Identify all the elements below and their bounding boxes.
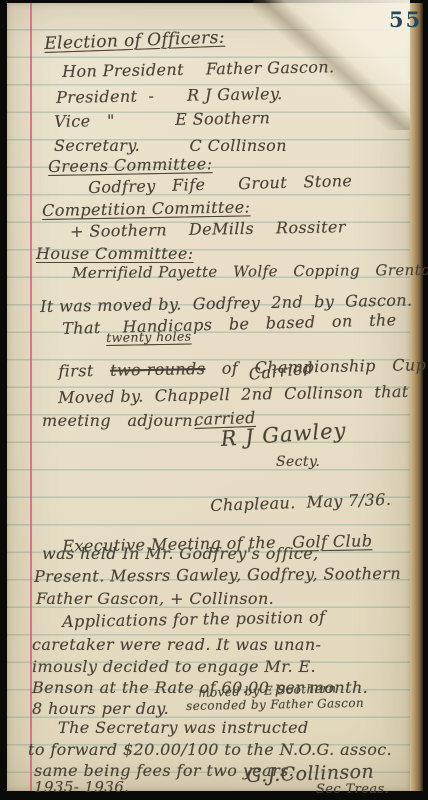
minutes-line: was held In Mr. Godfrey's office, [42, 546, 319, 563]
officer-row-vice-president: Vice " E Soothern [54, 110, 270, 131]
motion-text-start: first [58, 361, 110, 381]
page-number: 55 [389, 7, 422, 32]
insertion-note: twenty holes [106, 330, 192, 345]
signature-title: Secty. [276, 455, 320, 470]
minutes-line: to forward $20.00/100 to the N.O.G. asso… [28, 742, 392, 759]
scanned-minutes-page: 55 Election of Officers: Hon President F… [0, 0, 428, 800]
signature-title: Sec Treas. [316, 783, 389, 797]
house-committee-members: Merrifield Payette Wolfe Copping Grenton [72, 263, 428, 282]
minutes-line-years: 1935- 1936. [34, 780, 129, 796]
minutes-line: caretaker were read. It was unan- [32, 637, 321, 654]
book-binding-edge [410, 3, 423, 791]
officer-row-secretary: Secretary. C Collinson [54, 138, 287, 155]
greens-committee-heading: Greens Committee: [48, 156, 213, 176]
struck-text: two rounds [110, 359, 206, 380]
minutes-line: The Secretary was instructed [58, 720, 309, 737]
motion-text-end: of Championship Cup. [205, 355, 428, 378]
margin-note: seconded by Father Gascon [186, 697, 364, 713]
motion-line: meeting adjourn. [42, 413, 198, 430]
competition-committee-heading: Competition Committee: [42, 199, 250, 219]
house-committee-heading: House Committee: [36, 246, 194, 263]
minutes-line: Present. Messrs Gawley, Godfrey, Soother… [34, 566, 401, 586]
minutes-line: 8 hours per day. [32, 701, 169, 718]
minutes-line: Father Gascon, + Collinson. [36, 591, 274, 608]
minutes-line: imously decided to engage Mr. E. [32, 659, 316, 676]
